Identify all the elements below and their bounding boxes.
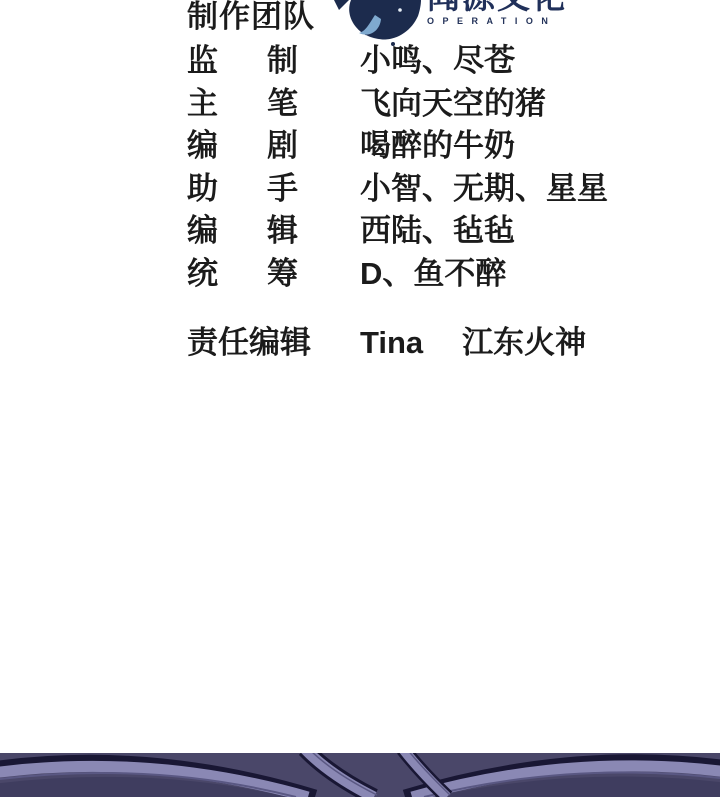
credit-row-writer: 编剧 喝醉的牛奶 [187, 129, 515, 162]
logo-subtext: OPERATION [427, 16, 597, 26]
credit-names: 飞向天空的猪 [360, 87, 546, 120]
credit-role: 编剧 [187, 129, 298, 162]
credit-names: 小鸣、尽苍 [360, 44, 515, 77]
credit-names: D、鱼不醉 [360, 257, 506, 290]
credit-role: 监制 [187, 44, 298, 77]
credit-row-coordinator: 统筹 D、鱼不醉 [187, 257, 506, 290]
credit-role: 责任编辑 [187, 326, 311, 359]
credit-row-supervisor: 监制 小鸣、尽苍 [187, 44, 515, 77]
credit-names: 喝醉的牛奶 [360, 129, 515, 162]
credit-row-assistant: 助手 小智、无期、星星 [187, 172, 608, 205]
whale-tail [334, 0, 349, 10]
credit-row-artist: 主笔 飞向天空的猪 [187, 87, 546, 120]
page-title: 制作团队 [187, 1, 315, 32]
credit-names: 西陆、毡毡 [360, 214, 515, 247]
logo-textblock: 闻源文化 OPERATION [427, 0, 597, 26]
credit-names: 小智、无期、星星 [360, 172, 608, 205]
whale-eye [398, 8, 402, 12]
credit-role: 主笔 [187, 87, 298, 120]
credit-role: 助手 [187, 172, 298, 205]
comic-panel-top [0, 753, 720, 797]
credit-names: 江东火神 [462, 326, 586, 359]
credit-row-editor: 编辑 西陆、毡毡 [187, 214, 515, 247]
whale-body [349, 0, 421, 40]
credit-role: 统筹 [187, 257, 298, 290]
logo-brand-text: 闻源文化 [427, 0, 597, 13]
credit-names: Tina [360, 326, 423, 359]
credit-role: 编辑 [187, 214, 298, 247]
credit-row-responsible-editor: 责任编辑 Tina 江东火神 [187, 326, 586, 359]
